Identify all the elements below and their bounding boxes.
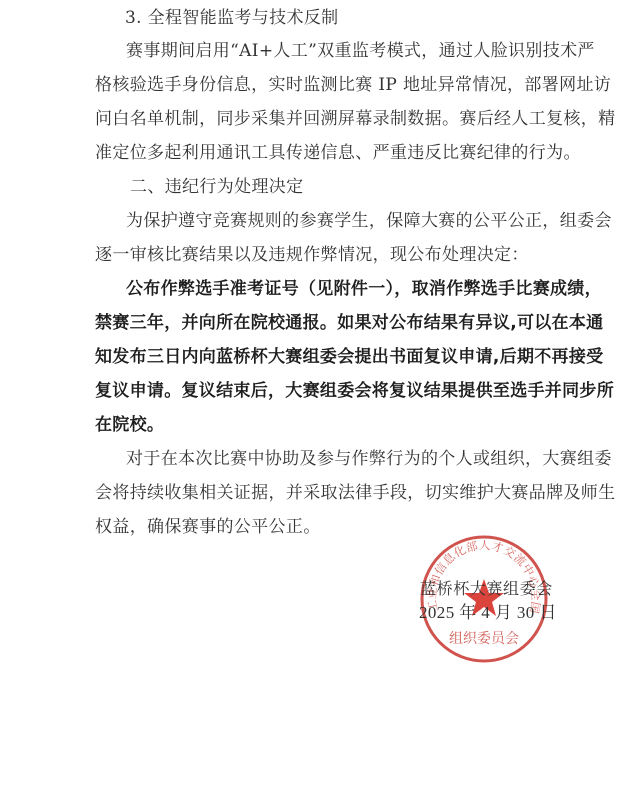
- document-page: 3. 全程智能监考与技术反制 赛事期间启用“AI+人工”双重监考模式，通过人脸识…: [0, 0, 640, 790]
- closing-line-1: 对于在本次比赛中协助及参与作弊行为的个人或组织，大赛组委: [126, 449, 612, 469]
- section2-heading: 二、违纪行为处理决定: [130, 177, 304, 197]
- decision-line-2: 禁赛三年，并向所在院校通报。如果对公布结果有异议,可以在本通: [95, 313, 603, 333]
- section3-body-line-4: 准定位多起利用通讯工具传递信息、严重违反比赛纪律的行为。: [95, 143, 581, 163]
- decision-line-4: 复议申请。复议结束后，大赛组委会将复议结果提供至选手并同步所: [95, 381, 614, 401]
- section3-heading: 3. 全程智能监考与技术反制: [125, 8, 339, 28]
- closing-line-3: 权益，确保赛事的公平公正。: [95, 517, 321, 537]
- signature-organization: 蓝桥杯大赛组委会: [420, 580, 553, 598]
- decision-line-5: 在院校。: [95, 415, 164, 435]
- official-seal-icon: 工业和信息化部人才交流中心全国软件和信息技术专业人才大赛 组织委员会: [418, 533, 550, 665]
- decision-line-1: 公布作弊选手准考证号（见附件一），取消作弊选手比赛成绩，: [126, 279, 602, 299]
- section3-body-line-1: 赛事期间启用“AI+人工”双重监考模式，通过人脸识别技术严: [126, 41, 595, 61]
- closing-line-2: 会将持续收集相关证据，并采取法律手段，切实维护大赛品牌及师生: [95, 483, 616, 503]
- signature-date: 2025 年 4 月 30 日: [419, 604, 557, 622]
- decision-line-3: 知发布三日内向蓝桥杯大赛组委会提出书面复议申请,后期不再接受: [95, 347, 603, 367]
- section3-body-line-3: 问白名单机制，同步采集并回溯屏幕录制数据。赛后经人工复核，精: [95, 109, 616, 129]
- intro-line-2: 逐一审核比赛结果以及违规作弊情况，现公布处理决定：: [95, 245, 529, 265]
- seal-bottom-text: 组织委员会: [449, 631, 519, 647]
- section3-body-line-2: 格核验选手身份信息，实时监测比赛 IP 地址异常情况，部署网址访: [95, 75, 611, 95]
- intro-line-1: 为保护遵守竞赛规则的参赛学生，保障大赛的公平公正，组委会: [126, 211, 612, 231]
